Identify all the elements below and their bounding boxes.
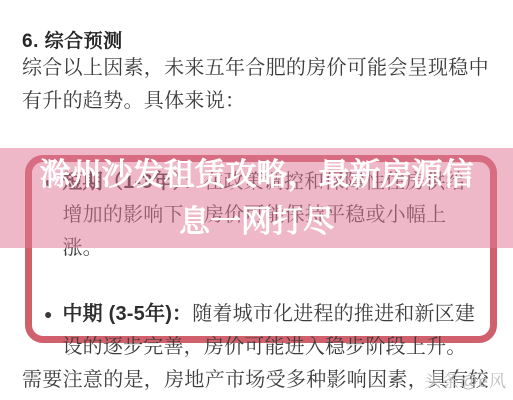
bullet-text: 中期 (3-5年)：随着城市化进程的推进和新区建设的逐步完善，房价可能进入稳步阶… [62, 298, 478, 364]
watermark-banner: 滁州沙发租赁攻略，最新房源信息一网打尽 [0, 148, 513, 248]
bullet-icon: ● [44, 298, 52, 331]
bullet-lead: 中期 (3-5年)： [62, 303, 192, 325]
footer-paragraph: 需要注意的是，房地产市场受多种影响因素，具有较 [22, 364, 489, 397]
watermark-banner-title: 滁州沙发租赁攻略，最新房源信息一网打尽 [29, 151, 485, 245]
intro-paragraph: 综合以上因素，未来五年合肥的房价可能会呈现稳中有升的趋势。具体来说： [22, 52, 494, 118]
article-page: 6. 综合预测 综合以上因素，未来五年合肥的房价可能会呈现稳中有升的趋势。具体来… [0, 0, 513, 400]
section-heading: 6. 综合预测 [22, 26, 123, 53]
list-item: ● 中期 (3-5年)：随着城市化进程的推进和新区建设的逐步完善，房价可能进入稳… [44, 298, 478, 364]
watermark-text: 头条@e风 [424, 367, 507, 392]
